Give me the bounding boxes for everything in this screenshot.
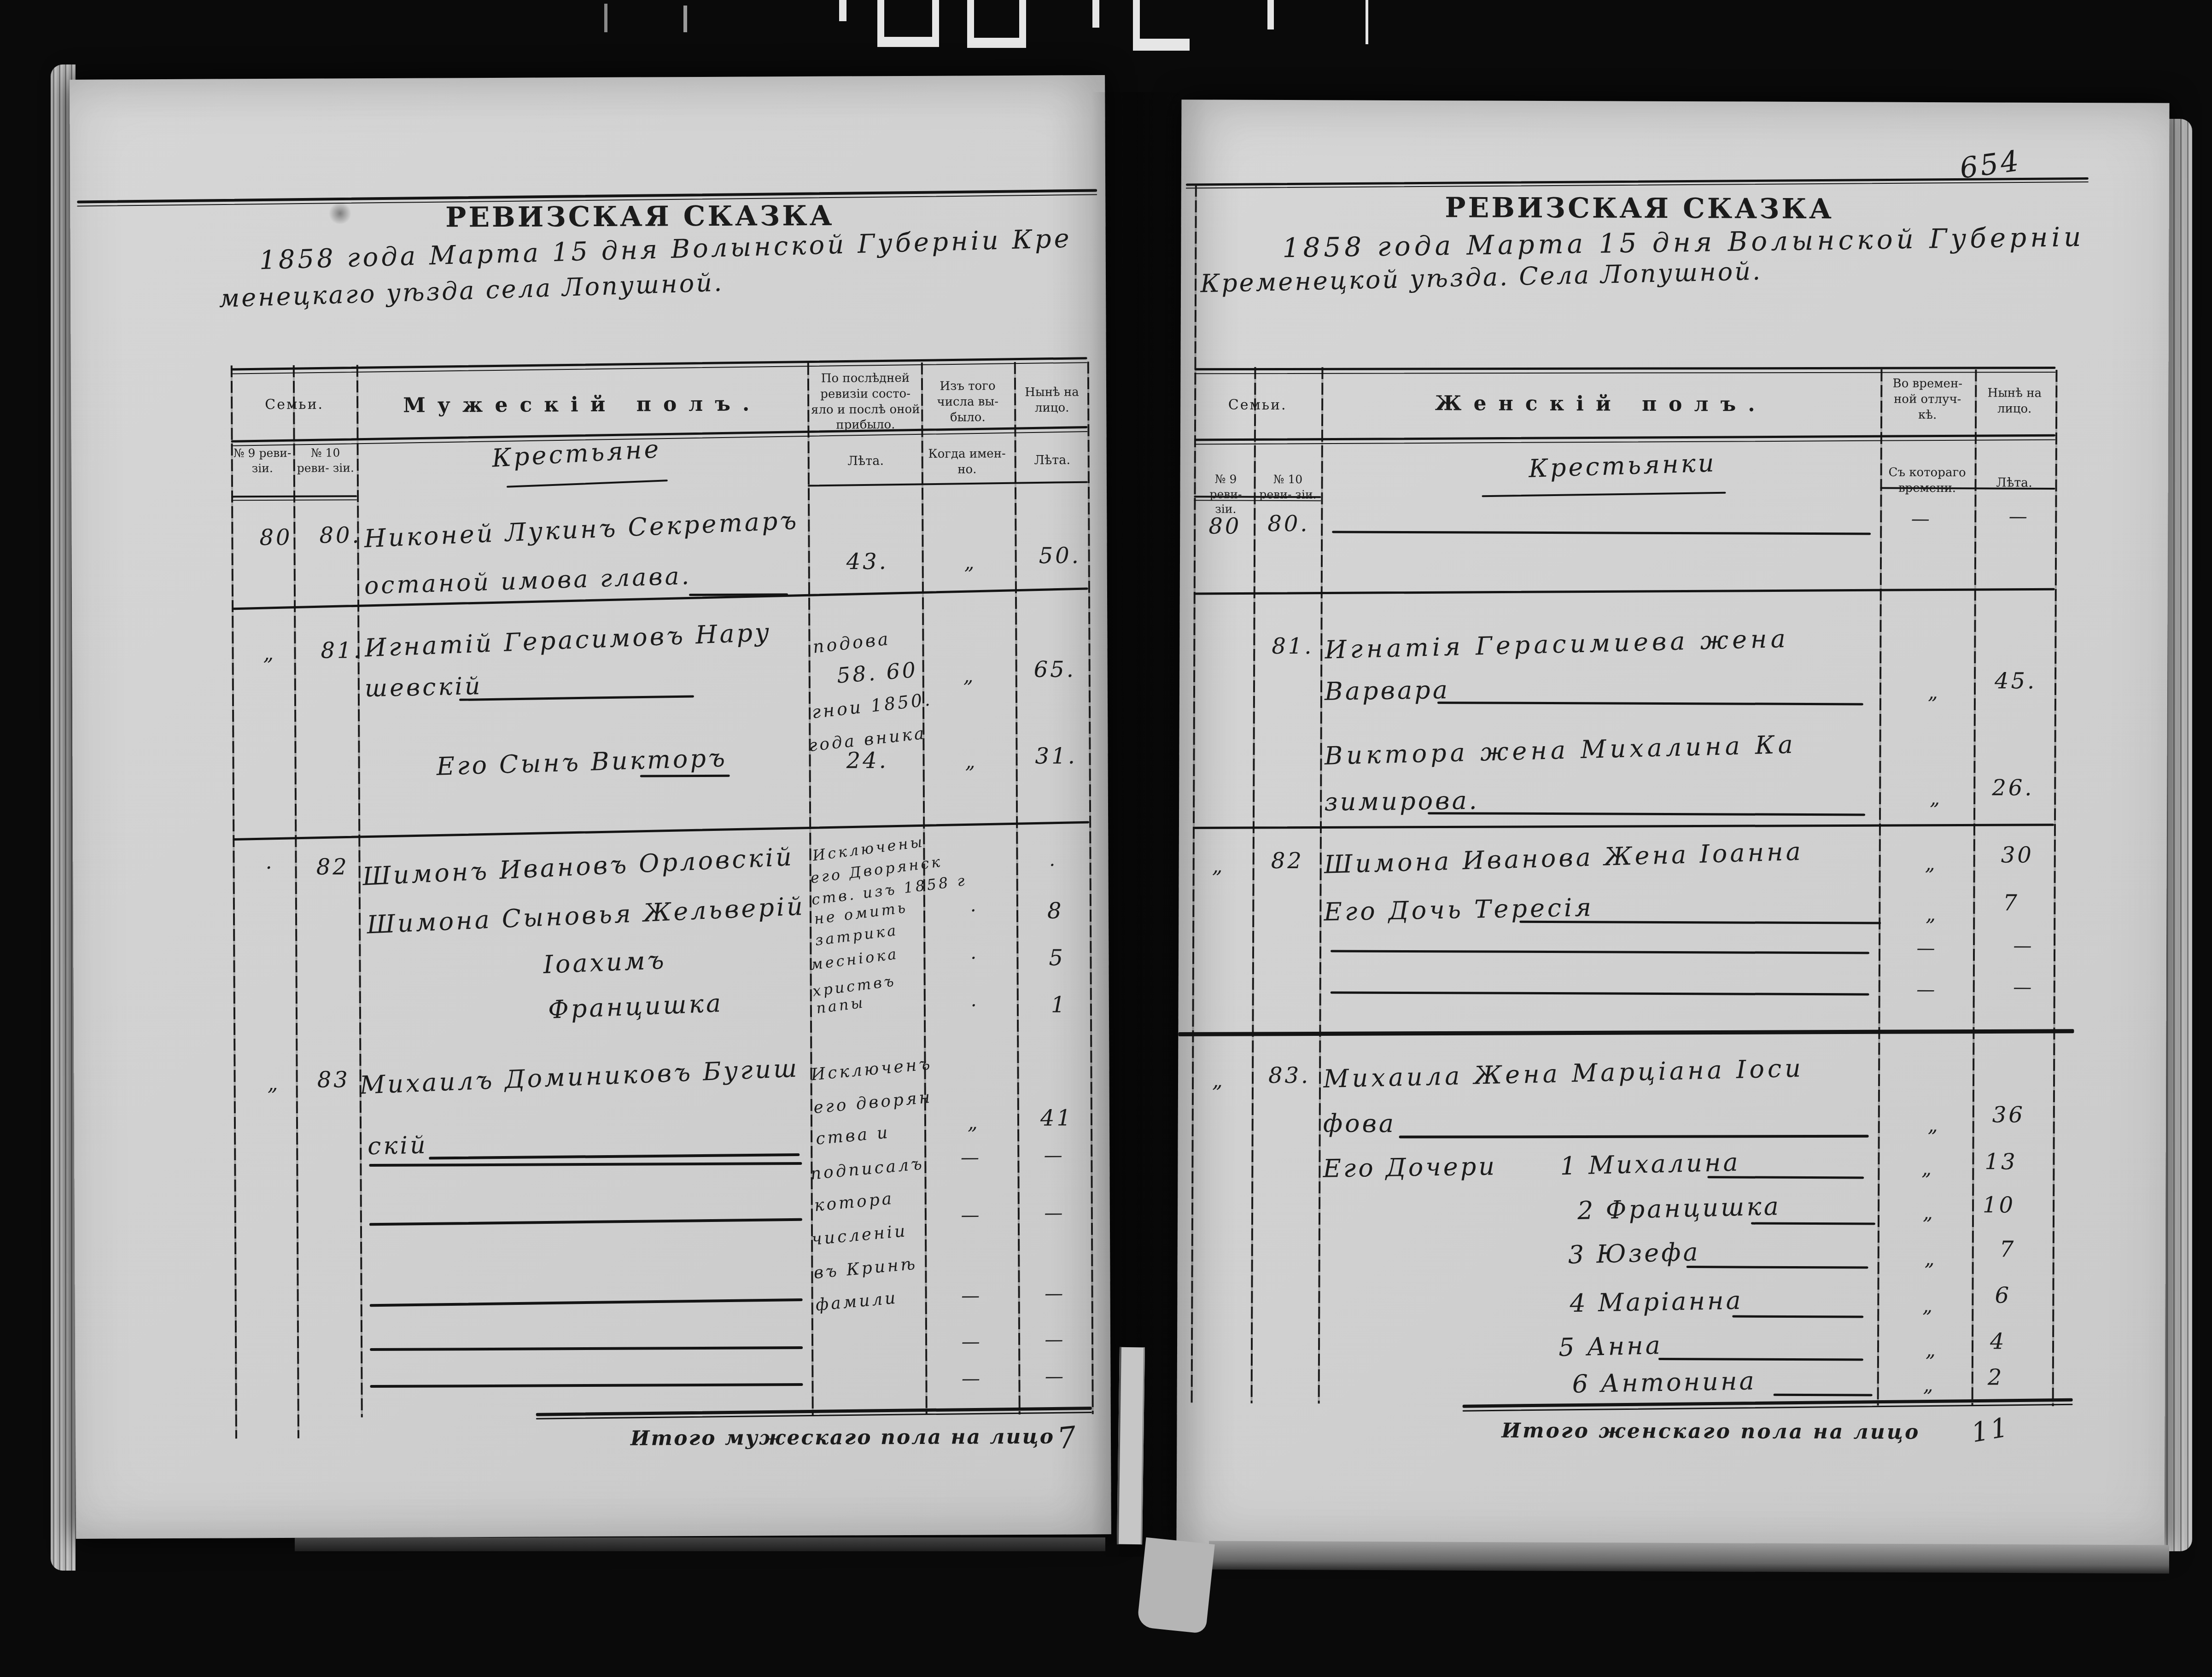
ditto-mark: „	[1930, 787, 1942, 809]
note-line: фамили	[815, 1288, 899, 1315]
entry-name: 4 Маріанна	[1570, 1286, 1743, 1318]
column-line	[807, 363, 814, 1415]
entry-trail-line	[1687, 1266, 1868, 1268]
header-rev10: № 10 реви- зіи.	[296, 445, 355, 476]
table-rule	[1194, 367, 2055, 370]
entry-name: скій	[368, 1131, 428, 1160]
estate-underline	[507, 479, 668, 488]
film-frame-mark	[967, 0, 1026, 48]
rev9-number: „	[268, 1072, 280, 1095]
rev10-number: 83.	[1268, 1063, 1311, 1088]
total-value: 11	[1969, 1411, 2012, 1449]
dash-mark: —	[2005, 935, 2042, 957]
column-line	[1972, 369, 1977, 1406]
note-line: подписалъ	[810, 1154, 925, 1183]
blank-row-line	[370, 1346, 803, 1351]
dash-mark: —	[2005, 977, 2042, 998]
ditto-mark: „	[964, 551, 977, 573]
age-now: 6	[1995, 1282, 2011, 1308]
ink-smudge	[328, 203, 352, 224]
dash-mark: —	[955, 1204, 987, 1226]
ditto-mark: „	[1928, 1114, 1940, 1136]
page-title: РЕВИЗСКАЯ СКАЗКА	[409, 199, 870, 234]
entry-trail-line	[1519, 921, 1881, 924]
column-line	[2052, 370, 2058, 1406]
book-page-edges-bottom	[1209, 1541, 2169, 1573]
blank-row-line	[1332, 531, 1871, 535]
entry-name: Игнатія Герасимиева жена	[1325, 624, 1790, 665]
rev9-number: 80	[1208, 513, 1241, 539]
note-line: его дворян	[812, 1088, 933, 1117]
entry-trail-line	[1774, 1394, 1873, 1397]
entry-name: фова	[1323, 1109, 1396, 1138]
dash-mark: —	[956, 1285, 988, 1306]
rev10-number: 80.	[319, 522, 362, 548]
rev9-number: 80	[259, 525, 292, 550]
ditto-mark: „	[1923, 1373, 1936, 1396]
rev10-number: 81.	[1272, 633, 1314, 659]
dash-mark: —	[1039, 1283, 1071, 1304]
entry-trail-line	[1658, 1358, 1863, 1361]
age-last-revision: 24.	[846, 748, 888, 773]
entry-name: 5 Анна	[1558, 1331, 1663, 1362]
header-absence-sub: Съ котораго времени.	[1884, 465, 1970, 497]
dash-mark: —	[1039, 1366, 1071, 1387]
dash-mark: —	[956, 1368, 988, 1389]
ditto-mark: „	[1925, 852, 1938, 875]
entry-name: Іоахимъ	[543, 946, 666, 979]
ditto-mark: „	[968, 1111, 980, 1134]
film-frame-mark	[604, 4, 607, 32]
entry-trail-line	[1428, 812, 1865, 816]
column-line	[1014, 362, 1021, 1414]
header-absence: Во времен- ной отлуч- кѣ.	[1883, 376, 1972, 423]
entry-name: Михаила Жена Марціана Іоси	[1323, 1053, 1804, 1093]
column-line	[293, 365, 299, 1438]
subtitle-line2: менецкаго уѣзда села Лопушной.	[218, 268, 724, 313]
header-last-revision: По послѣдней ревизіи состо- яло и послѣ …	[810, 371, 921, 433]
entry-name: останой имова глава.	[364, 562, 692, 600]
entry-name: Шимонъ Ивановъ Орловскій	[362, 842, 794, 891]
age-now: 31.	[1035, 743, 1077, 769]
row-separator	[233, 821, 1089, 841]
ditto-mark: „	[965, 750, 977, 772]
entry-trail-line	[1732, 1315, 1863, 1318]
entry-name: Францишка	[548, 988, 724, 1024]
subtitle-line1: 1858 года Марта 15 дня Волынской Губерні…	[1282, 221, 2085, 263]
dash-mark: —	[1909, 938, 1945, 959]
ditto-mark: „	[1928, 681, 1940, 703]
film-frame-mark	[683, 6, 687, 32]
row-separator	[1194, 588, 2055, 595]
header-gender: Мужескій полъ.	[356, 392, 808, 417]
blank-row-line	[370, 1298, 803, 1307]
book-page-edges-bottom	[295, 1537, 1105, 1551]
age-now: 4	[1990, 1328, 2007, 1354]
page-title: РЕВИЗСКАЯ СКАЗКА	[1409, 192, 1870, 225]
header-families: Семьи.	[1196, 397, 1319, 413]
age-now: 7	[2003, 890, 2019, 916]
rev10-number: 83	[317, 1067, 350, 1093]
header-present-sub: Лѣта.	[1020, 453, 1085, 467]
rev9-number: „	[1212, 1069, 1225, 1093]
header-last-revision-sub: Лѣта.	[813, 454, 919, 468]
ditto-mark: „	[963, 664, 976, 687]
total-value: 7	[1056, 1420, 1080, 1456]
header-estate-handwritten: Крестьянки	[1461, 446, 1784, 485]
film-frame-mark	[1133, 0, 1190, 51]
rev10-number: 82	[316, 854, 349, 880]
rev10-number: 82	[1271, 848, 1304, 874]
entry-name: 2 Францишка	[1577, 1192, 1781, 1225]
entry-name: Шимона Сыновья Жельверій	[366, 892, 805, 940]
dash-mark: —	[1039, 1202, 1071, 1223]
dash-mark: —	[1909, 979, 1945, 1000]
film-frame-mark	[1267, 0, 1274, 29]
note-line: въ Кринѣ	[813, 1254, 918, 1283]
table-rule	[1194, 372, 2055, 374]
total-rule	[1463, 1398, 2073, 1408]
ditto-mark: „	[1923, 1201, 1935, 1224]
entry-trail-line	[1707, 1176, 1864, 1179]
column-line	[1251, 367, 1256, 1403]
age-now: 13	[1984, 1149, 2017, 1174]
blank-row-line	[1331, 950, 1869, 954]
rev9-number: „	[263, 642, 276, 665]
header-rev10: № 10 реви- зіи.	[1257, 472, 1318, 502]
entry-trail-line	[429, 1153, 800, 1160]
header-families: Семьи.	[237, 396, 352, 413]
table-rule	[231, 495, 357, 497]
rev9-number: „	[1212, 854, 1225, 878]
book-gutter-shadow	[1091, 92, 1207, 1557]
header-rev9: № 9 реви- зіи.	[233, 446, 292, 476]
column-line	[1877, 369, 1883, 1406]
entry-trail-line	[1399, 1135, 1869, 1139]
entry-trail-line	[640, 775, 730, 777]
film-frame-mark	[877, 0, 939, 47]
blank-row-line	[369, 1162, 802, 1167]
film-frame-mark	[1366, 0, 1368, 44]
entry-trail-line	[459, 695, 694, 701]
entry-name: Игнатій Герасимовъ Нару	[364, 618, 772, 663]
ditto-mark: „	[1925, 1247, 1937, 1270]
total-label: Итого мужескаго пола на лицо	[630, 1425, 1055, 1450]
right-page-scan: 654 РЕВИЗСКАЯ СКАЗКА 1858 года Марта 15 …	[1177, 99, 2170, 1549]
blank-row-line	[1331, 991, 1869, 995]
film-frame-mark	[1092, 0, 1099, 28]
note-line: месніока	[810, 945, 899, 974]
age-now: 45.	[1995, 668, 2037, 694]
row-separator	[1178, 1029, 2074, 1036]
row-separator	[1193, 824, 2054, 829]
center-fold-page-edge	[1117, 1347, 1145, 1545]
age-now: 10	[1983, 1192, 2015, 1218]
blank-row-line	[370, 1383, 803, 1388]
daughters-label: Его Дочери	[1323, 1151, 1497, 1183]
dash-mark: —	[955, 1147, 987, 1168]
dash-mark: —	[1038, 1145, 1070, 1166]
entry-name: Шимона Иванова Жена Іоанна	[1324, 837, 1803, 879]
ditto-mark: „	[1921, 1157, 1934, 1180]
entry-name: 3 Юзефа	[1568, 1237, 1700, 1269]
note-line: Исключенъ	[810, 1054, 933, 1084]
note-line: подова	[812, 628, 892, 657]
total-label: Итого женскаго пола на лицо	[1501, 1419, 1920, 1444]
note-line: ства и	[815, 1123, 891, 1149]
rev10-number: 81.	[321, 637, 363, 663]
ditto-mark: „	[1926, 903, 1938, 925]
header-departed-sub: Когда имен- но.	[926, 446, 1009, 478]
dot-mark: ·	[971, 995, 979, 1016]
column-line	[1318, 367, 1324, 1403]
ditto-mark: „	[1922, 1294, 1935, 1317]
entry-name: Никоней Лукинъ Секретаръ	[363, 506, 799, 553]
dot-mark: ·	[970, 947, 979, 969]
film-frame-mark	[839, 0, 846, 21]
rev9-number: ·	[265, 856, 274, 880]
age-now: 1	[1051, 992, 1068, 1017]
note-line: 58. 60	[836, 657, 919, 688]
entry-name: Михаилъ Доминиковъ Бугиш	[359, 1053, 800, 1099]
header-rev9: № 9 реви- зіи.	[1198, 472, 1253, 517]
dash-mark: —	[2001, 506, 2037, 527]
age-now: 36	[1992, 1102, 2025, 1128]
dash-mark: —	[1903, 508, 1940, 530]
rev10-number: 80.	[1267, 511, 1310, 537]
entry-name: Виктора жена Михалина Ка	[1324, 730, 1797, 771]
age-now: 65.	[1034, 656, 1076, 682]
age-now: 7	[2000, 1236, 2016, 1262]
note-line: котора	[813, 1189, 895, 1215]
entry-name: Варвара	[1325, 675, 1450, 706]
note-line: гнои 1850.	[811, 689, 933, 722]
dash-mark: —	[1039, 1329, 1071, 1350]
age-now: 41	[1040, 1105, 1073, 1131]
entry-trail-line	[1751, 1222, 1875, 1225]
age-now: 5	[1049, 945, 1065, 971]
dot-mark: ·	[1049, 855, 1057, 876]
age-now: 26.	[1992, 775, 2034, 801]
entry-name: 6 Антонина	[1572, 1366, 1757, 1398]
age-now: 2	[1988, 1364, 2004, 1390]
header-present: Нынѣ на лицо.	[1018, 385, 1086, 416]
header-departed: Изъ того числа вы- было.	[924, 379, 1011, 426]
column-line	[231, 365, 237, 1438]
ditto-mark: „	[1926, 1338, 1938, 1361]
table-rule	[808, 481, 1088, 487]
dot-mark: ·	[970, 900, 979, 921]
left-page-scan: РЕВИЗСКАЯ СКАЗКА 1858 года Марта 15 дня …	[70, 75, 1111, 1539]
entry-name: шевскій	[364, 672, 483, 703]
header-present-sub: Лѣта.	[1979, 475, 2049, 490]
estate-underline	[1482, 492, 1726, 497]
entry-trail-line	[1437, 701, 1863, 705]
document-scan: РЕВИЗСКАЯ СКАЗКА 1858 года Марта 15 дня …	[0, 0, 2212, 1677]
age-last-revision: 43.	[846, 549, 889, 574]
age-now: 50.	[1039, 543, 1081, 568]
protruding-page-corner	[1137, 1537, 1215, 1634]
header-present: Нынѣ на лицо.	[1977, 386, 2052, 417]
blank-row-line	[369, 1218, 802, 1226]
age-now: 8	[1047, 898, 1064, 924]
age-now: 30	[2001, 842, 2034, 868]
note-line: численіи	[811, 1221, 908, 1249]
dash-mark: —	[956, 1331, 988, 1352]
header-gender: Женскій полъ.	[1321, 391, 1880, 416]
